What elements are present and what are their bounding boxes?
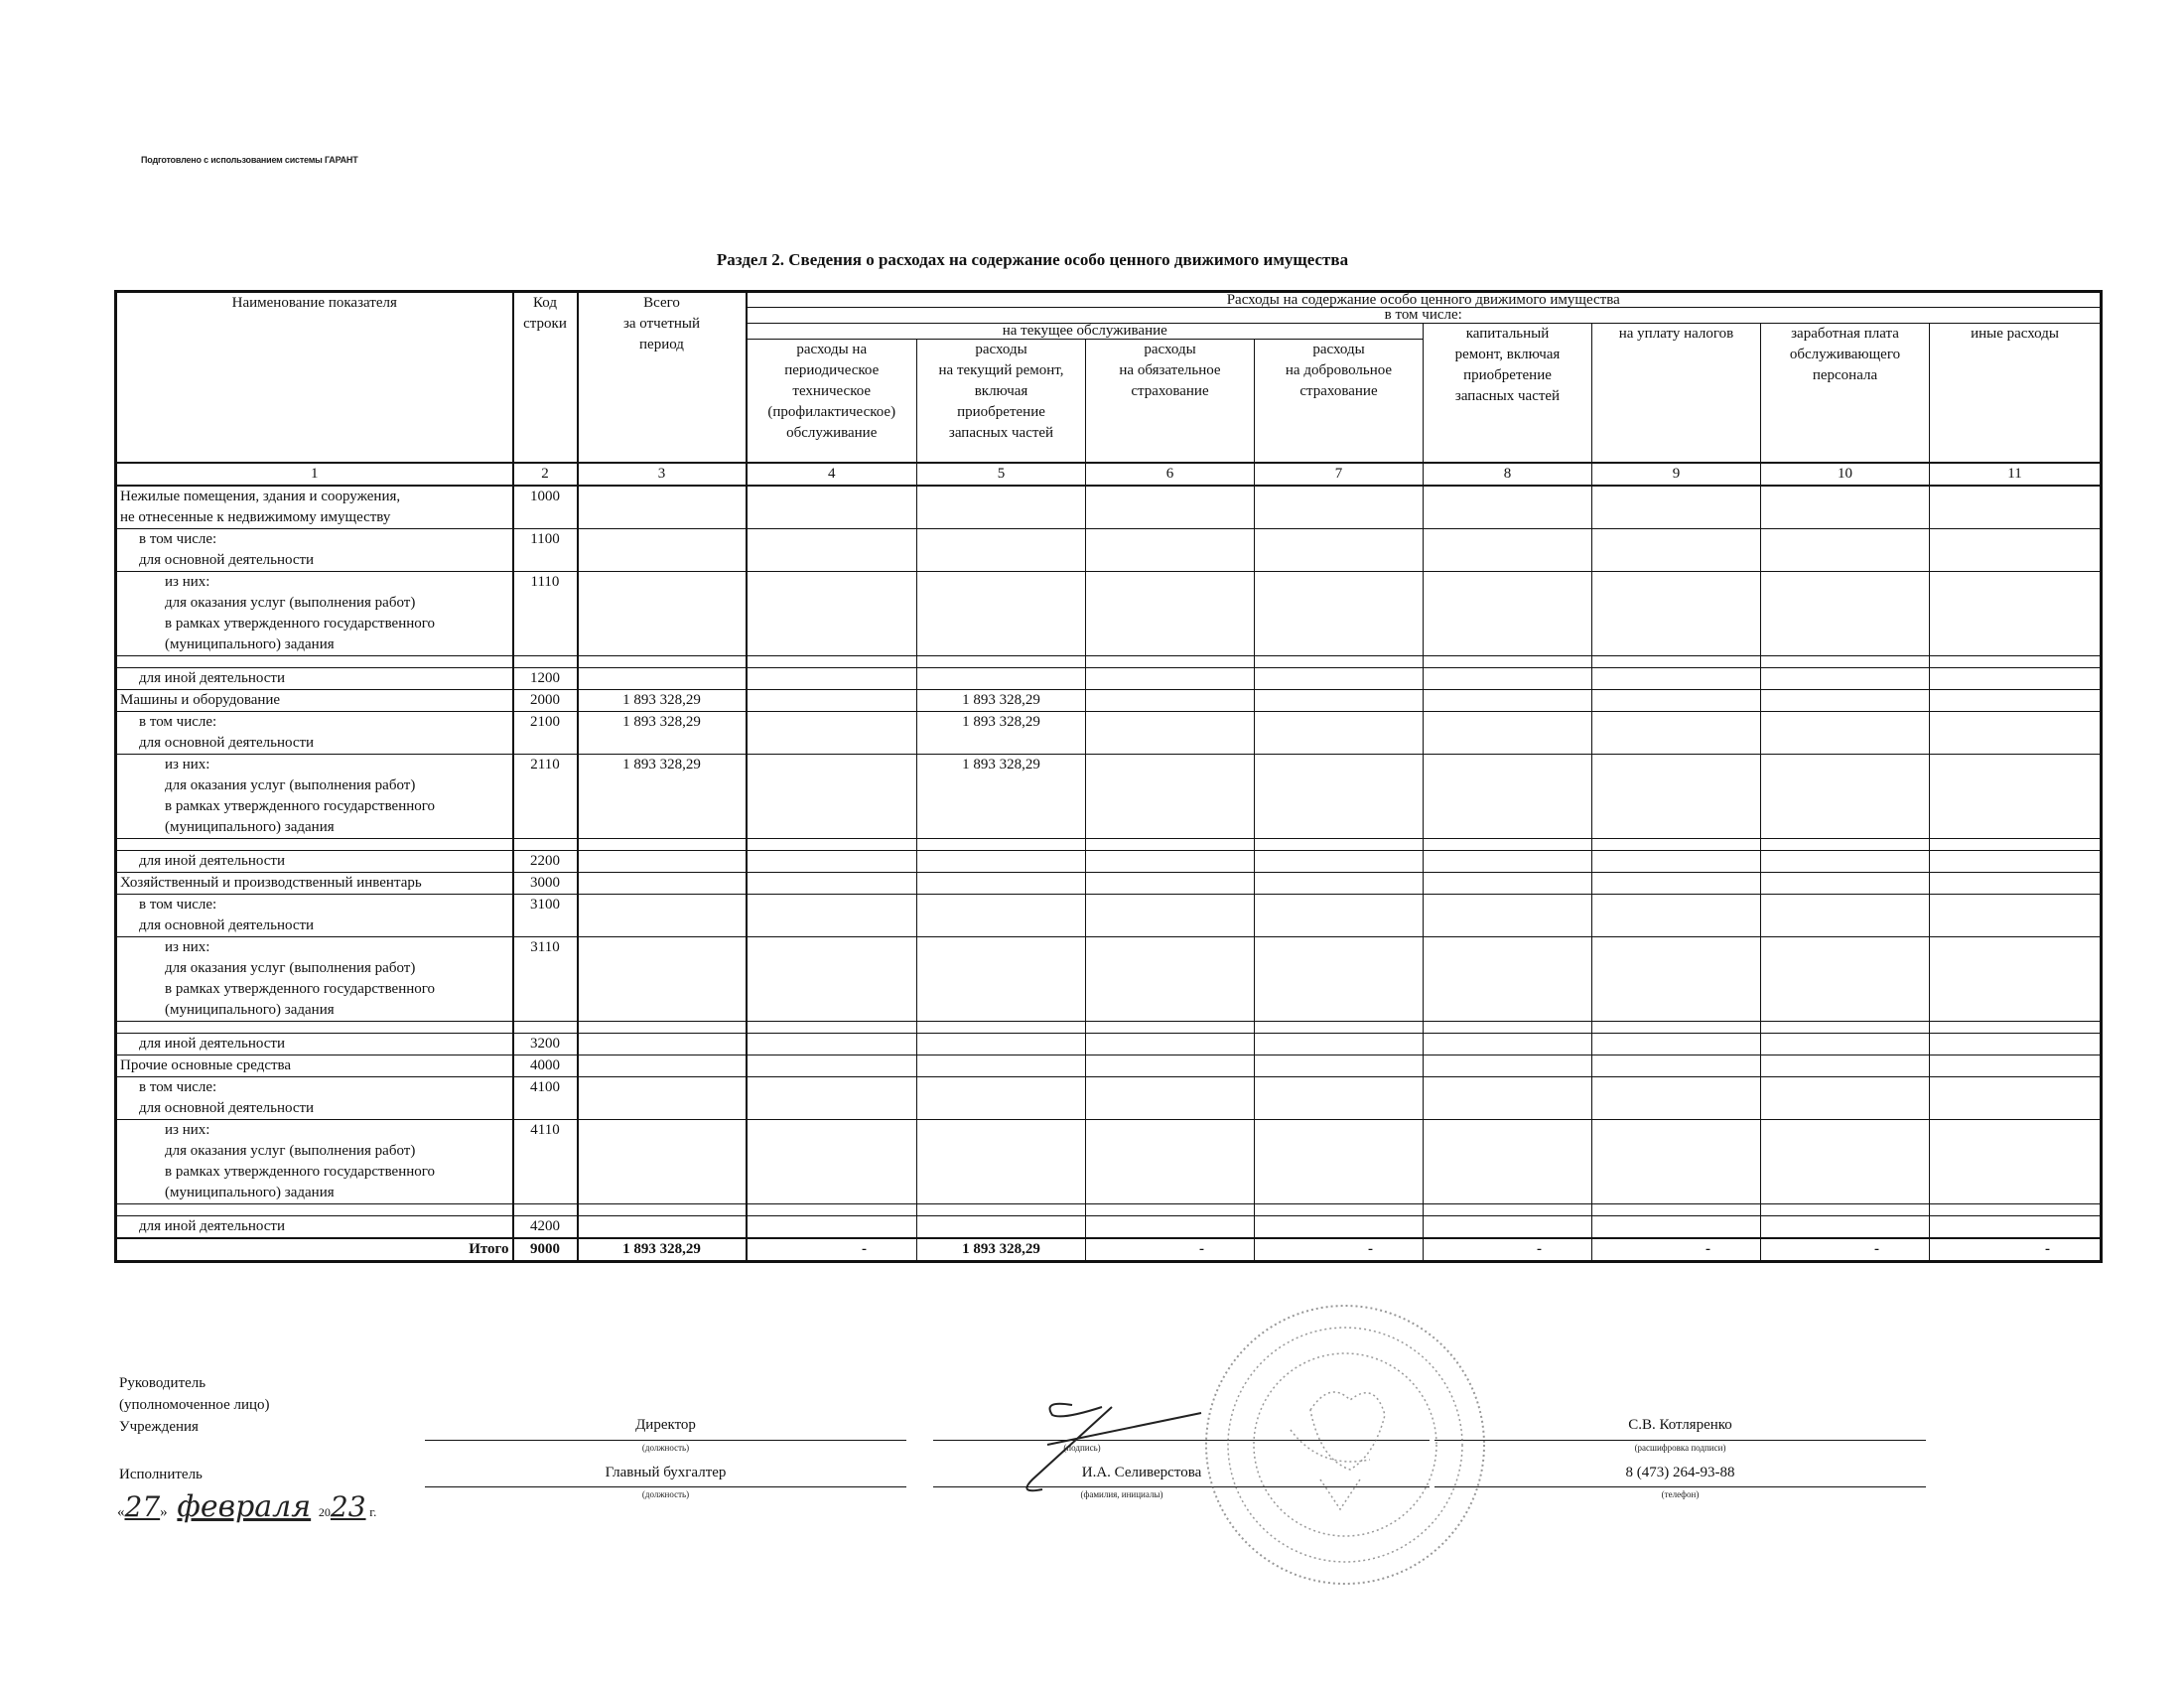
total-value-col10: - xyxy=(1761,1238,1930,1262)
table-row-4000: Прочие основные средства4000 xyxy=(116,1055,2102,1076)
row-value-col9 xyxy=(1592,486,1761,529)
row-value-col4 xyxy=(747,667,917,689)
column-number-6: 6 xyxy=(1086,463,1255,486)
row-code: 2110 xyxy=(513,754,578,838)
row-value-col8 xyxy=(1424,1055,1592,1076)
executor-position-caption: (должность) xyxy=(425,1489,906,1499)
row-value-col10 xyxy=(1761,1021,1930,1033)
row-value-col10 xyxy=(1761,689,1930,711)
row-value-col4 xyxy=(747,1215,917,1238)
official-stamp-icon xyxy=(1171,1291,1509,1589)
column-number-11: 11 xyxy=(1930,463,2102,486)
row-value-col8 xyxy=(1424,1033,1592,1055)
header-col4: расходы на периодическое техническое (пр… xyxy=(747,340,917,463)
row-value-col6 xyxy=(1086,936,1255,1021)
row-value-col6 xyxy=(1086,838,1255,850)
header-col7: расходы на добровольное страхование xyxy=(1255,340,1424,463)
row-value-col6 xyxy=(1086,1215,1255,1238)
row-value-col9 xyxy=(1592,1055,1761,1076)
row-name: Хозяйственный и производственный инвента… xyxy=(116,872,513,894)
executor-position: Главный бухгалтер xyxy=(425,1465,906,1481)
total-value-col7: - xyxy=(1255,1238,1424,1262)
table-row-3110: из них: для оказания услуг (выполнения р… xyxy=(116,936,2102,1021)
row-value-col10 xyxy=(1761,850,1930,872)
row-value-col8 xyxy=(1424,655,1592,667)
row-value-col10 xyxy=(1761,1119,1930,1203)
row-value-col10 xyxy=(1761,667,1930,689)
row-value-col3: 1 893 328,29 xyxy=(578,754,747,838)
table-row-3100: в том числе: для основной деятельности31… xyxy=(116,894,2102,936)
table-row-4100: в том числе: для основной деятельности41… xyxy=(116,1076,2102,1119)
row-name: в том числе: для основной деятельности xyxy=(116,528,513,571)
date-month: февраля xyxy=(177,1489,311,1524)
header-total-period: Всего за отчетный период xyxy=(578,292,747,463)
row-value-col4 xyxy=(747,528,917,571)
table-row-4110: из них: для оказания услуг (выполнения р… xyxy=(116,1119,2102,1203)
row-code: 3000 xyxy=(513,872,578,894)
row-value-col11 xyxy=(1930,1119,2102,1203)
row-value-col6 xyxy=(1086,1021,1255,1033)
row-code: 2200 xyxy=(513,850,578,872)
row-code: 4100 xyxy=(513,1076,578,1119)
row-code: 4200 xyxy=(513,1215,578,1238)
row-code: 1000 xyxy=(513,486,578,529)
table-row-spacer xyxy=(116,1021,2102,1033)
row-value-col7 xyxy=(1255,1215,1424,1238)
table-row-3200: для иной деятельности3200 xyxy=(116,1033,2102,1055)
row-name: из них: для оказания услуг (выполнения р… xyxy=(116,571,513,655)
row-value-col7 xyxy=(1255,528,1424,571)
row-value-col6 xyxy=(1086,754,1255,838)
row-value-col3 xyxy=(578,850,747,872)
row-code xyxy=(513,838,578,850)
row-value-col4 xyxy=(747,655,917,667)
row-code: 2100 xyxy=(513,711,578,754)
date-open-quote: « xyxy=(117,1504,125,1520)
row-value-col5 xyxy=(917,528,1086,571)
row-value-col11 xyxy=(1930,872,2102,894)
row-value-col9 xyxy=(1592,936,1761,1021)
row-value-col3 xyxy=(578,1076,747,1119)
row-value-col10 xyxy=(1761,838,1930,850)
head-label: Руководитель (уполномоченное лицо) Учреж… xyxy=(119,1372,270,1438)
column-number-3: 3 xyxy=(578,463,747,486)
row-value-col10 xyxy=(1761,894,1930,936)
row-value-col5 xyxy=(917,1055,1086,1076)
row-value-col11 xyxy=(1930,1021,2102,1033)
row-value-col11 xyxy=(1930,689,2102,711)
section-title-text: Раздел 2. Сведения о расходах на содержа… xyxy=(717,250,1348,270)
row-value-col9 xyxy=(1592,711,1761,754)
row-value-col3 xyxy=(578,1215,747,1238)
column-number-2: 2 xyxy=(513,463,578,486)
row-value-col3 xyxy=(578,655,747,667)
header-col8: капитальный ремонт, включая приобретение… xyxy=(1424,324,1592,463)
row-value-col8 xyxy=(1424,936,1592,1021)
row-value-col11 xyxy=(1930,528,2102,571)
row-value-col8 xyxy=(1424,1076,1592,1119)
row-value-col8 xyxy=(1424,872,1592,894)
row-value-col9 xyxy=(1592,838,1761,850)
row-value-col3 xyxy=(578,486,747,529)
header-including: в том числе: xyxy=(747,308,2102,324)
row-value-col11 xyxy=(1930,1033,2102,1055)
table-row-2200: для иной деятельности2200 xyxy=(116,850,2102,872)
row-value-col4 xyxy=(747,1055,917,1076)
row-value-col9 xyxy=(1592,1119,1761,1203)
column-number-4: 4 xyxy=(747,463,917,486)
row-value-col8 xyxy=(1424,1203,1592,1215)
total-value-col4: - xyxy=(747,1238,917,1262)
row-value-col6 xyxy=(1086,528,1255,571)
row-value-col9 xyxy=(1592,1033,1761,1055)
head-position-caption: (должность) xyxy=(425,1443,906,1453)
row-value-col7 xyxy=(1255,1021,1424,1033)
row-value-col4 xyxy=(747,571,917,655)
row-code: 4000 xyxy=(513,1055,578,1076)
row-name: для иной деятельности xyxy=(116,850,513,872)
row-value-col11 xyxy=(1930,486,2102,529)
row-value-col8 xyxy=(1424,486,1592,529)
row-value-col9 xyxy=(1592,571,1761,655)
row-value-col6 xyxy=(1086,894,1255,936)
row-value-col3 xyxy=(578,872,747,894)
row-value-col10 xyxy=(1761,711,1930,754)
row-value-col8 xyxy=(1424,838,1592,850)
row-name: для иной деятельности xyxy=(116,1215,513,1238)
row-value-col10 xyxy=(1761,872,1930,894)
row-value-col6 xyxy=(1086,850,1255,872)
row-value-col3 xyxy=(578,528,747,571)
row-name xyxy=(116,1203,513,1215)
date-year-suffix: 23 xyxy=(331,1490,366,1523)
row-value-col7 xyxy=(1255,1055,1424,1076)
table-row-2110: из них: для оказания услуг (выполнения р… xyxy=(116,754,2102,838)
row-value-col3 xyxy=(578,838,747,850)
row-value-col4 xyxy=(747,838,917,850)
row-value-col6 xyxy=(1086,1119,1255,1203)
row-value-col5 xyxy=(917,571,1086,655)
row-value-col10 xyxy=(1761,1033,1930,1055)
column-number-5: 5 xyxy=(917,463,1086,486)
row-value-col5: 1 893 328,29 xyxy=(917,689,1086,711)
row-value-col7 xyxy=(1255,711,1424,754)
row-value-col3 xyxy=(578,1203,747,1215)
row-value-col3 xyxy=(578,667,747,689)
row-code: 1100 xyxy=(513,528,578,571)
row-value-col7 xyxy=(1255,850,1424,872)
header-col11: иные расходы xyxy=(1930,324,2102,463)
total-value-col9: - xyxy=(1592,1238,1761,1262)
row-value-col8 xyxy=(1424,894,1592,936)
header-col5: расходы на текущий ремонт, включая приоб… xyxy=(917,340,1086,463)
table-row-spacer xyxy=(116,838,2102,850)
row-value-col5 xyxy=(917,1076,1086,1119)
row-value-col5 xyxy=(917,655,1086,667)
row-value-col7 xyxy=(1255,1076,1424,1119)
row-value-col11 xyxy=(1930,667,2102,689)
executor-position-line xyxy=(425,1486,906,1487)
row-value-col5: 1 893 328,29 xyxy=(917,754,1086,838)
row-value-col11 xyxy=(1930,754,2102,838)
row-value-col6 xyxy=(1086,571,1255,655)
row-value-col10 xyxy=(1761,1055,1930,1076)
table-row-1100: в том числе: для основной деятельности11… xyxy=(116,528,2102,571)
row-value-col11 xyxy=(1930,711,2102,754)
row-value-col6 xyxy=(1086,1076,1255,1119)
row-value-col9 xyxy=(1592,872,1761,894)
column-numbers-row: 1234567891011 xyxy=(116,463,2102,486)
row-value-col11 xyxy=(1930,1076,2102,1119)
date-year-prefix: 20 xyxy=(319,1505,331,1519)
table-row-2000: Машины и оборудование20001 893 328,291 8… xyxy=(116,689,2102,711)
table-row-spacer xyxy=(116,655,2102,667)
row-value-col7 xyxy=(1255,838,1424,850)
row-value-col11 xyxy=(1930,936,2102,1021)
total-value-col6: - xyxy=(1086,1238,1255,1262)
header-current-service: на текущее обслуживание xyxy=(747,324,1424,340)
row-value-col9 xyxy=(1592,754,1761,838)
total-value-col8: - xyxy=(1424,1238,1592,1262)
table-row-1000: Нежилые помещения, здания и сооружения, … xyxy=(116,486,2102,529)
row-value-col6 xyxy=(1086,1033,1255,1055)
row-value-col9 xyxy=(1592,1203,1761,1215)
table-row-spacer xyxy=(116,1203,2102,1215)
row-value-col8 xyxy=(1424,528,1592,571)
row-value-col5 xyxy=(917,1203,1086,1215)
row-value-col4 xyxy=(747,1076,917,1119)
row-value-col6 xyxy=(1086,872,1255,894)
row-value-col5 xyxy=(917,872,1086,894)
row-value-col9 xyxy=(1592,894,1761,936)
table-body: Нежилые помещения, здания и сооружения, … xyxy=(116,486,2102,1262)
row-value-col10 xyxy=(1761,1203,1930,1215)
row-code xyxy=(513,1203,578,1215)
row-name xyxy=(116,838,513,850)
row-value-col7 xyxy=(1255,1203,1424,1215)
head-position-line xyxy=(425,1440,906,1441)
column-number-1: 1 xyxy=(116,463,513,486)
row-value-col4 xyxy=(747,1203,917,1215)
row-value-col8 xyxy=(1424,689,1592,711)
row-value-col7 xyxy=(1255,936,1424,1021)
row-value-col4 xyxy=(747,486,917,529)
row-code xyxy=(513,655,578,667)
row-name: в том числе: для основной деятельности xyxy=(116,894,513,936)
row-value-col7 xyxy=(1255,486,1424,529)
date-day: 27 xyxy=(125,1490,161,1523)
row-value-col3 xyxy=(578,936,747,1021)
row-value-col11 xyxy=(1930,655,2102,667)
row-name: Нежилые помещения, здания и сооружения, … xyxy=(116,486,513,529)
table-row-2100: в том числе: для основной деятельности21… xyxy=(116,711,2102,754)
row-value-col5 xyxy=(917,1021,1086,1033)
row-value-col9 xyxy=(1592,1076,1761,1119)
row-value-col6 xyxy=(1086,667,1255,689)
row-value-col3: 1 893 328,29 xyxy=(578,711,747,754)
row-name xyxy=(116,655,513,667)
row-value-col6 xyxy=(1086,1203,1255,1215)
total-value-col5: 1 893 328,29 xyxy=(917,1238,1086,1262)
row-value-col7 xyxy=(1255,667,1424,689)
row-value-col7 xyxy=(1255,754,1424,838)
row-value-col10 xyxy=(1761,571,1930,655)
row-value-col11 xyxy=(1930,850,2102,872)
row-code: 3110 xyxy=(513,936,578,1021)
column-number-7: 7 xyxy=(1255,463,1424,486)
row-value-col4 xyxy=(747,1033,917,1055)
header-row-code: Код строки xyxy=(513,292,578,463)
row-value-col4 xyxy=(747,689,917,711)
row-code: 1200 xyxy=(513,667,578,689)
row-value-col3 xyxy=(578,1033,747,1055)
row-value-col6 xyxy=(1086,655,1255,667)
row-name xyxy=(116,1021,513,1033)
row-value-col7 xyxy=(1255,894,1424,936)
row-value-col7 xyxy=(1255,872,1424,894)
row-value-col10 xyxy=(1761,486,1930,529)
row-value-col7 xyxy=(1255,571,1424,655)
row-name: для иной деятельности xyxy=(116,667,513,689)
column-number-10: 10 xyxy=(1761,463,1930,486)
total-code: 9000 xyxy=(513,1238,578,1262)
row-value-col5: 1 893 328,29 xyxy=(917,711,1086,754)
header-col6: расходы на обязательное страхование xyxy=(1086,340,1255,463)
row-code: 2000 xyxy=(513,689,578,711)
row-value-col6 xyxy=(1086,1055,1255,1076)
garant-note: Подготовлено с использованием системы ГА… xyxy=(141,155,358,165)
row-value-col9 xyxy=(1592,689,1761,711)
row-value-col8 xyxy=(1424,1021,1592,1033)
row-value-col10 xyxy=(1761,528,1930,571)
row-name: для иной деятельности xyxy=(116,1033,513,1055)
row-value-col10 xyxy=(1761,936,1930,1021)
row-value-col4 xyxy=(747,711,917,754)
row-value-col10 xyxy=(1761,1215,1930,1238)
row-value-col9 xyxy=(1592,667,1761,689)
row-value-col5 xyxy=(917,1033,1086,1055)
row-name: из них: для оказания услуг (выполнения р… xyxy=(116,1119,513,1203)
total-label: Итого xyxy=(116,1238,513,1262)
row-name: в том числе: для основной деятельности xyxy=(116,1076,513,1119)
row-value-col3 xyxy=(578,1119,747,1203)
row-code: 1110 xyxy=(513,571,578,655)
expenses-table: Наименование показателя Код строки Всего… xyxy=(114,290,2103,1263)
row-value-col5 xyxy=(917,1119,1086,1203)
row-value-col8 xyxy=(1424,754,1592,838)
row-value-col7 xyxy=(1255,689,1424,711)
row-value-col9 xyxy=(1592,850,1761,872)
row-value-col4 xyxy=(747,936,917,1021)
row-value-col11 xyxy=(1930,894,2102,936)
row-value-col6 xyxy=(1086,689,1255,711)
table-row-1200: для иной деятельности1200 xyxy=(116,667,2102,689)
row-value-col11 xyxy=(1930,1055,2102,1076)
total-value-col11: - xyxy=(1930,1238,2102,1262)
row-value-col7 xyxy=(1255,1119,1424,1203)
row-value-col8 xyxy=(1424,667,1592,689)
header-col10: заработная плата обслуживающего персонал… xyxy=(1761,324,1930,463)
row-value-col10 xyxy=(1761,754,1930,838)
row-value-col4 xyxy=(747,872,917,894)
column-number-8: 8 xyxy=(1424,463,1592,486)
row-name: в том числе: для основной деятельности xyxy=(116,711,513,754)
row-value-col6 xyxy=(1086,486,1255,529)
header-indicator-name: Наименование показателя xyxy=(116,292,513,463)
row-value-col3 xyxy=(578,1021,747,1033)
table-row-3000: Хозяйственный и производственный инвента… xyxy=(116,872,2102,894)
row-value-col5 xyxy=(917,486,1086,529)
row-value-col5 xyxy=(917,936,1086,1021)
row-value-col11 xyxy=(1930,571,2102,655)
row-value-col3 xyxy=(578,571,747,655)
row-value-col9 xyxy=(1592,655,1761,667)
row-value-col5 xyxy=(917,894,1086,936)
table-row-1110: из них: для оказания услуг (выполнения р… xyxy=(116,571,2102,655)
row-name: Прочие основные средства xyxy=(116,1055,513,1076)
row-value-col8 xyxy=(1424,1215,1592,1238)
row-value-col8 xyxy=(1424,571,1592,655)
row-code xyxy=(513,1021,578,1033)
row-value-col9 xyxy=(1592,1215,1761,1238)
table-row-total: Итого90001 893 328,29-1 893 328,29------ xyxy=(116,1238,2102,1262)
row-value-col10 xyxy=(1761,1076,1930,1119)
row-name: из них: для оказания услуг (выполнения р… xyxy=(116,936,513,1021)
row-code: 4110 xyxy=(513,1119,578,1203)
row-value-col8 xyxy=(1424,711,1592,754)
row-value-col10 xyxy=(1761,655,1930,667)
row-value-col5 xyxy=(917,850,1086,872)
row-value-col11 xyxy=(1930,1203,2102,1215)
row-value-col7 xyxy=(1255,655,1424,667)
row-value-col3 xyxy=(578,894,747,936)
header-col9: на уплату налогов xyxy=(1592,324,1761,463)
row-value-col4 xyxy=(747,894,917,936)
row-value-col4 xyxy=(747,1119,917,1203)
row-value-col4 xyxy=(747,754,917,838)
total-value-col3: 1 893 328,29 xyxy=(578,1238,747,1262)
row-value-col9 xyxy=(1592,528,1761,571)
head-position: Директор xyxy=(425,1417,906,1434)
row-value-col9 xyxy=(1592,1021,1761,1033)
row-name: из них: для оказания услуг (выполнения р… xyxy=(116,754,513,838)
row-value-col11 xyxy=(1930,1215,2102,1238)
header-expenses-group: Расходы на содержание особо ценного движ… xyxy=(747,292,2102,308)
row-value-col5 xyxy=(917,1215,1086,1238)
date-block: «27» февраля 2023 г. xyxy=(117,1489,376,1524)
row-value-col3 xyxy=(578,1055,747,1076)
row-value-col6 xyxy=(1086,711,1255,754)
row-name: Машины и оборудование xyxy=(116,689,513,711)
row-value-col4 xyxy=(747,850,917,872)
row-value-col4 xyxy=(747,1021,917,1033)
section-title: Раздел 2. Сведения о расходах на содержа… xyxy=(0,250,2184,270)
row-value-col7 xyxy=(1255,1033,1424,1055)
row-value-col11 xyxy=(1930,838,2102,850)
row-value-col3: 1 893 328,29 xyxy=(578,689,747,711)
row-value-col8 xyxy=(1424,850,1592,872)
row-value-col8 xyxy=(1424,1119,1592,1203)
column-number-9: 9 xyxy=(1592,463,1761,486)
table-row-4200: для иной деятельности4200 xyxy=(116,1215,2102,1238)
executor-label: Исполнитель xyxy=(119,1467,203,1483)
date-year-unit: г. xyxy=(369,1504,376,1519)
date-close-quote: » xyxy=(160,1504,168,1520)
row-value-col5 xyxy=(917,838,1086,850)
row-code: 3200 xyxy=(513,1033,578,1055)
row-value-col5 xyxy=(917,667,1086,689)
row-code: 3100 xyxy=(513,894,578,936)
